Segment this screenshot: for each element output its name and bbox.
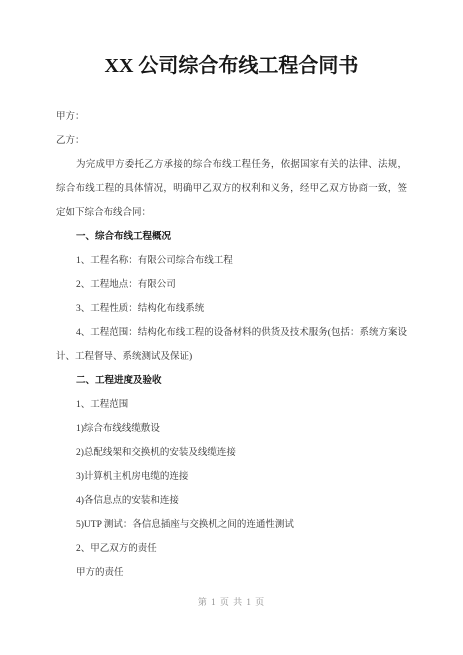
contract-item: 2、工程地点：有限公司	[56, 273, 407, 297]
contract-item: 3、工程性质：结构化布线系统	[56, 297, 407, 321]
document-page: XX 公司综合布线工程合同书 甲方： 乙方： 为完成甲方委托乙方承接的综合布线工…	[0, 0, 463, 655]
party-b-line: 乙方：	[56, 129, 407, 153]
contract-item: 4)各信息点的安装和连接	[56, 489, 407, 513]
contract-item: 1、工程范围	[56, 393, 407, 417]
contract-item: 4、工程范围：结构化布线工程的设备材料的供货及技术服务(包括：系统方案设计、工程…	[56, 321, 407, 369]
sections-container: 一、综合布线工程概况1、工程名称：有限公司综合布线工程2、工程地点：有限公司3、…	[56, 225, 407, 585]
section-heading: 二、工程进度及验收	[56, 369, 407, 393]
contract-item: 3)计算机主机房电缆的连接	[56, 465, 407, 489]
contract-item: 甲方的责任	[56, 561, 407, 585]
section-heading: 一、综合布线工程概况	[56, 225, 407, 249]
contract-item: 2、甲乙双方的责任	[56, 537, 407, 561]
document-title: XX 公司综合布线工程合同书	[0, 0, 463, 80]
preamble-paragraph: 为完成甲方委托乙方承接的综合布线工程任务，依据国家有关的法律、法规，综合布线工程…	[56, 153, 407, 225]
contract-item: 5)UTP 测试：各信息插座与交换机之间的连通性测试	[56, 513, 407, 537]
contract-item: 1、工程名称：有限公司综合布线工程	[56, 249, 407, 273]
page-number-footer: 第 1 页 共 1 页	[0, 595, 463, 608]
contract-item: 1)综合布线线缆敷设	[56, 417, 407, 441]
contract-item: 2)总配线架和交换机的安装及线缆连接	[56, 441, 407, 465]
party-a-line: 甲方：	[56, 105, 407, 129]
document-body: 甲方： 乙方： 为完成甲方委托乙方承接的综合布线工程任务，依据国家有关的法律、法…	[0, 105, 463, 585]
